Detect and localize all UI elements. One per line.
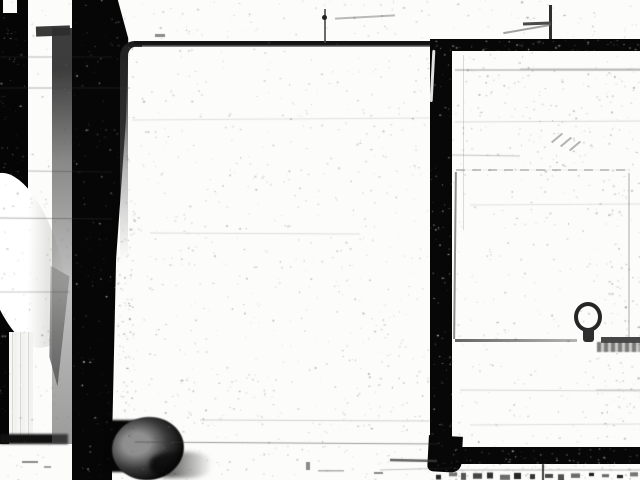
wire-mark-dot	[322, 15, 327, 20]
panel-outline-left-line	[120, 60, 128, 260]
paper-bottom-shadow	[597, 342, 640, 352]
frame-top-bar	[431, 39, 640, 51]
hatch-mark	[569, 141, 581, 152]
faint-diagonal-scratch	[335, 14, 395, 19]
hatch-mark	[560, 137, 572, 148]
hatch-mark	[551, 133, 563, 144]
frame-joint-foot	[427, 435, 463, 473]
panel-outline-top-line	[134, 41, 434, 47]
lower-white-strip	[9, 332, 33, 444]
gray-shaded-streak	[52, 28, 72, 444]
pull-ring	[574, 302, 602, 332]
door-knob-shadow	[150, 452, 212, 478]
paper-bottom-edge	[455, 339, 577, 342]
top-left-white-notch	[3, 0, 17, 13]
frame-inner-faint-line	[463, 55, 464, 230]
aerial-mark-diagonal	[503, 24, 551, 34]
pull-ring-base	[583, 329, 594, 342]
frame-bottom-bar	[447, 447, 640, 464]
binarized-photo-scene	[0, 0, 640, 480]
paper-top-edge	[456, 169, 630, 171]
frame-left-bar	[430, 39, 452, 451]
paper-right-edge	[628, 173, 630, 339]
paper-left-edge	[453, 172, 457, 339]
